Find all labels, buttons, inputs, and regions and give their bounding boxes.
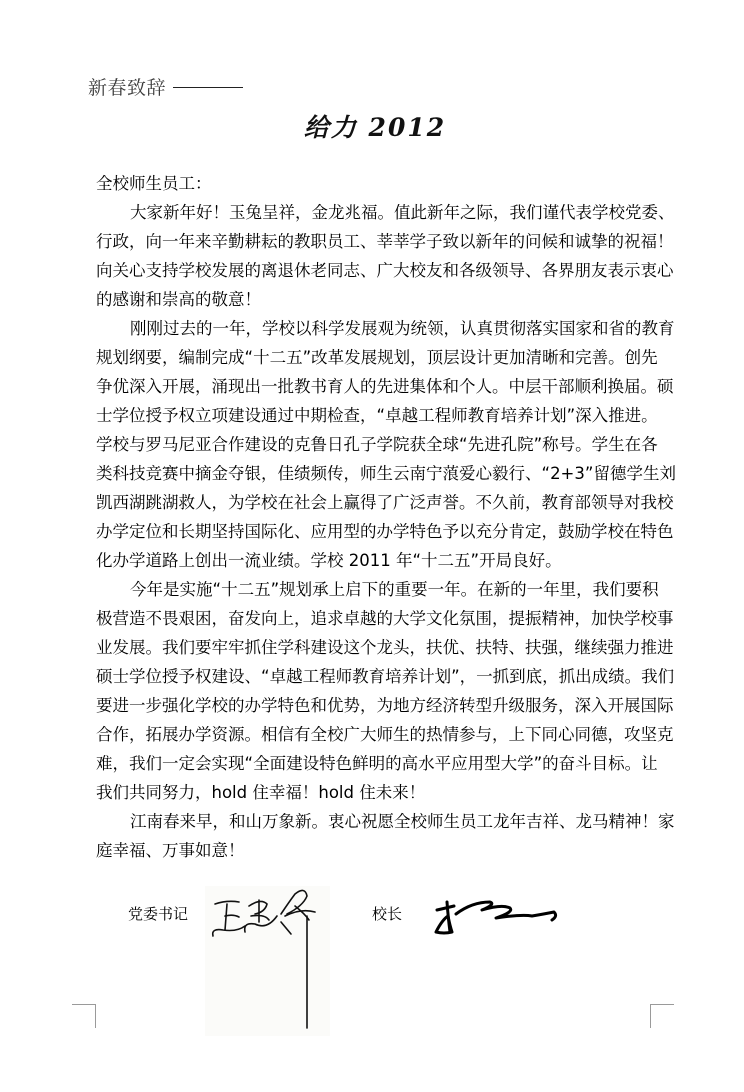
section-header: 新春致辞 (88, 73, 243, 99)
president-label: 校长 (372, 903, 402, 924)
text-line: 大家新年好！玉兔呈祥，金龙兆福。值此新年之际，我们谨代表学校党委、 (96, 198, 656, 227)
text-line: 今年是实施“十二五”规划承上启下的重要一年。在新的一年里，我们要积 (96, 575, 656, 604)
text-line: 刚刚过去的一年，学校以科学发展观为统领，认真贯彻落实国家和省的教育 (96, 314, 656, 343)
letter-body: 全校师生员工： 大家新年好！玉兔呈祥，金龙兆福。值此新年之际，我们谨代表学校党委… (96, 169, 656, 865)
text-line: 硕士学位授予权建设、“卓越工程师教育培养计划”，一抓到底，抓出成绩。我们 (96, 662, 656, 691)
page-title: 给力 2012 (300, 108, 450, 144)
salutation: 全校师生员工： (96, 169, 656, 198)
text-line: 士学位授予权立项建设通过中期检查，“卓越工程师教育培养计划”深入推进。 (96, 401, 656, 430)
secretary-label: 党委书记 (128, 903, 188, 924)
header-rule (173, 87, 243, 88)
text-line: 难，我们一定会实现“全面建设特色鲜明的高水平应用型大学”的奋斗目标。让 (96, 749, 656, 778)
text-line: 要进一步强化学校的办学特色和优势，为地方经济转型升级服务，深入开展国际 (96, 691, 656, 720)
president-signature (432, 894, 562, 939)
text-line: 学校与罗马尼亚合作建设的克鲁日孔子学院获全球“先进孔院”称号。学生在各 (96, 430, 656, 459)
text-line: 极营造不畏艰困，奋发向上，追求卓越的大学文化氛围，提振精神，加快学校事 (96, 604, 656, 633)
text-line: 类科技竞赛中摘金夺银，佳绩频传，师生云南宁蒗爱心毅行、“2+3”留德学生刘 (96, 459, 656, 488)
page-corner-mark-left (72, 1004, 96, 1028)
text-line: 我们共同努力，hold 住幸福！hold 住未来！ (96, 778, 656, 807)
text-line: 的感谢和崇高的敬意！ (96, 285, 656, 314)
text-line: 化办学道路上创出一流业绩。学校 2011 年“十二五”开局良好。 (96, 546, 656, 575)
text-line: 规划纲要，编制完成“十二五”改革发展规划，顶层设计更加清晰和完善。创先 (96, 343, 656, 372)
paragraph-lines: 大家新年好！玉兔呈祥，金龙兆福。值此新年之际，我们谨代表学校党委、行政，向一年来… (96, 198, 656, 865)
text-line: 凯西湖跳湖救人，为学校在社会上赢得了广泛声誉。不久前，教育部领导对我校 (96, 488, 656, 517)
signature-block: 党委书记 校长 (0, 900, 744, 1040)
text-line: 行政，向一年来辛勤耕耘的教职员工、莘莘学子致以新年的问候和诚挚的祝福！ (96, 227, 656, 256)
text-line: 业发展。我们要牢牢抓住学科建设这个龙头，扶优、扶特、扶强，继续强力推进 (96, 633, 656, 662)
text-line: 争优深入开展，涌现出一批教书育人的先进集体和个人。中层干部顺利换届。硕 (96, 372, 656, 401)
text-line: 合作，拓展办学资源。相信有全校广大师生的热情参与，上下同心同德，攻坚克 (96, 720, 656, 749)
text-line: 向关心支持学校发展的离退休老同志、广大校友和各级领导、各界朋友表示衷心 (96, 256, 656, 285)
text-line: 江南春来早，和山万象新。衷心祝愿全校师生员工龙年吉祥、龙马精神！家 (96, 807, 656, 836)
section-label: 新春致辞 (88, 73, 166, 100)
text-line: 办学定位和长期坚持国际化、应用型的办学特色予以充分肯定，鼓励学校在特色 (96, 517, 656, 546)
secretary-signature (205, 886, 330, 1036)
text-line: 庭幸福、万事如意！ (96, 836, 656, 865)
page-corner-mark-right (650, 1004, 674, 1028)
